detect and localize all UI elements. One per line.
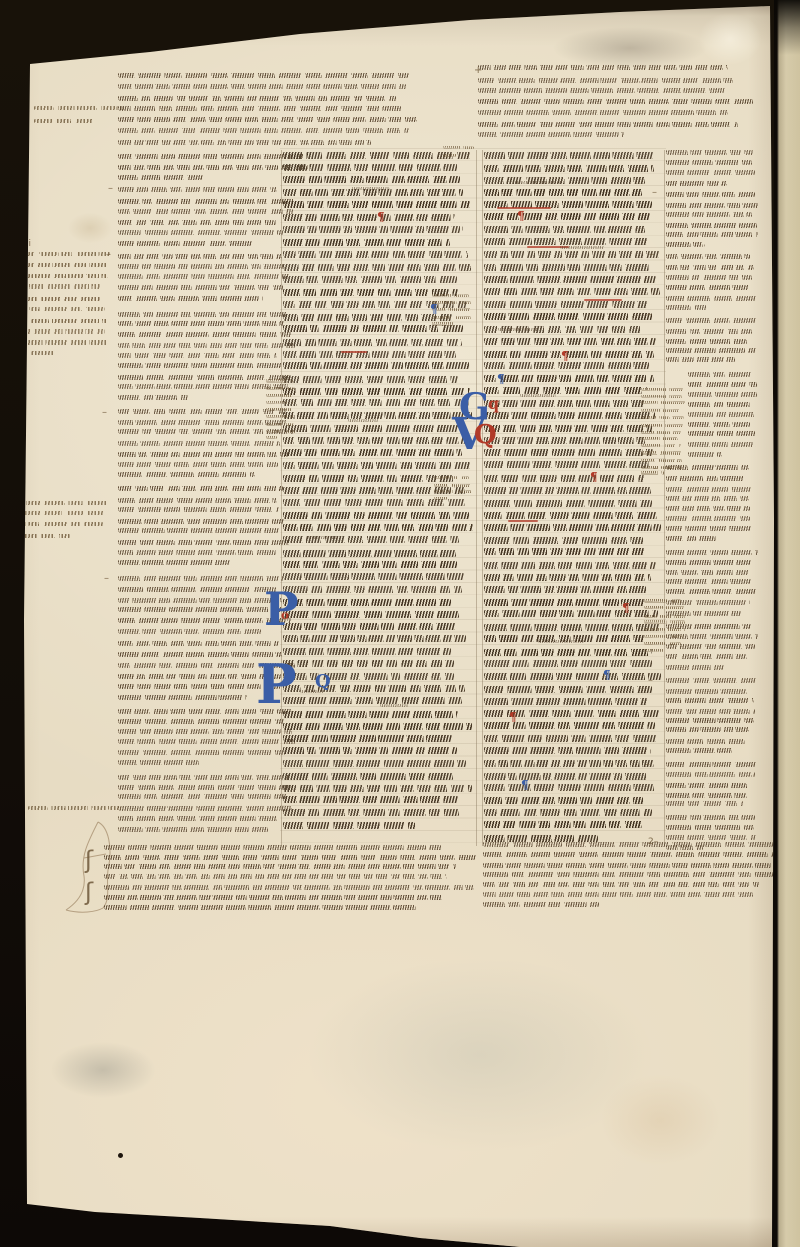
margin-mark: – bbox=[648, 676, 653, 686]
script-line bbox=[688, 412, 756, 417]
script-line bbox=[283, 339, 462, 346]
script-line bbox=[2, 351, 57, 355]
script-line bbox=[118, 507, 279, 512]
script-line bbox=[644, 620, 685, 623]
script-line bbox=[478, 99, 753, 104]
script-line bbox=[688, 372, 751, 377]
script-line bbox=[432, 294, 469, 297]
script-line bbox=[484, 375, 654, 382]
script-line bbox=[666, 748, 732, 753]
margin-mark: – bbox=[652, 188, 657, 198]
far-left-margin-b bbox=[2, 500, 114, 544]
script-line bbox=[104, 874, 447, 879]
script-line bbox=[641, 431, 681, 434]
script-line bbox=[118, 140, 371, 145]
script-line bbox=[688, 452, 722, 457]
script-line bbox=[2, 297, 103, 301]
paragraph-mark: ¶ bbox=[430, 303, 438, 315]
script-line bbox=[266, 430, 296, 433]
script-line bbox=[484, 562, 656, 569]
intercolumn-note-b bbox=[432, 294, 472, 329]
script-line bbox=[283, 796, 459, 803]
margin-mark: ii bbox=[26, 240, 31, 249]
script-line bbox=[118, 209, 293, 214]
script-line bbox=[283, 760, 466, 767]
script-line bbox=[118, 794, 290, 799]
script-line bbox=[483, 852, 778, 857]
script-line bbox=[484, 760, 654, 767]
script-line bbox=[484, 238, 647, 245]
script-line bbox=[104, 905, 416, 910]
far-left-margin-c bbox=[28, 806, 124, 817]
script-line bbox=[266, 423, 294, 426]
script-line bbox=[644, 635, 683, 638]
script-line bbox=[118, 321, 284, 326]
stain-blue-wash bbox=[240, 920, 720, 1190]
script-line bbox=[666, 560, 751, 565]
script-line bbox=[666, 570, 749, 575]
script-line bbox=[641, 424, 683, 427]
script-line bbox=[118, 576, 284, 581]
script-line bbox=[283, 586, 462, 593]
script-line bbox=[118, 760, 199, 765]
script-line bbox=[478, 65, 728, 70]
script-line bbox=[666, 815, 755, 820]
script-line bbox=[666, 689, 749, 694]
script-line bbox=[283, 251, 468, 258]
script-line bbox=[688, 392, 757, 397]
script-line bbox=[484, 412, 655, 419]
script-line bbox=[2, 307, 105, 311]
script-line bbox=[484, 313, 652, 320]
script-line bbox=[283, 723, 472, 730]
script-line bbox=[666, 550, 758, 555]
script-line bbox=[666, 232, 758, 237]
script-line bbox=[283, 376, 458, 383]
script-line bbox=[484, 747, 651, 754]
script-line bbox=[484, 288, 660, 295]
script-line bbox=[484, 189, 642, 196]
script-line bbox=[283, 399, 472, 406]
script-line bbox=[104, 885, 474, 890]
script-line bbox=[432, 301, 471, 304]
script-line bbox=[283, 449, 462, 456]
script-line bbox=[104, 845, 441, 850]
decorated-initial-o: o bbox=[281, 610, 289, 620]
ink-speck bbox=[118, 1153, 123, 1158]
script-line bbox=[118, 420, 291, 425]
script-line bbox=[283, 475, 453, 482]
script-line bbox=[666, 665, 724, 670]
script-line bbox=[283, 623, 457, 630]
script-line bbox=[484, 500, 652, 507]
script-line bbox=[118, 739, 295, 744]
script-line bbox=[666, 718, 754, 723]
script-line bbox=[484, 400, 644, 407]
script-line bbox=[666, 487, 751, 492]
interlinear-gloss bbox=[560, 246, 604, 249]
script-line bbox=[666, 348, 756, 353]
script-line bbox=[484, 524, 661, 531]
script-line bbox=[283, 201, 470, 208]
bottom-gloss-left bbox=[104, 845, 480, 915]
script-line bbox=[283, 785, 472, 792]
paragraph-mark: ¶ bbox=[590, 471, 598, 483]
script-line bbox=[118, 607, 282, 612]
right-gloss-p4 bbox=[666, 318, 758, 368]
script-line bbox=[118, 816, 278, 821]
script-line bbox=[283, 437, 465, 444]
margin-mark: ʃ bbox=[85, 848, 93, 872]
script-line bbox=[118, 395, 188, 400]
script-line bbox=[118, 241, 253, 246]
script-line bbox=[283, 648, 451, 655]
script-line bbox=[641, 388, 683, 391]
script-line bbox=[283, 425, 458, 432]
script-line bbox=[484, 610, 658, 617]
script-line bbox=[666, 496, 749, 501]
facing-page-edge bbox=[774, 0, 800, 1247]
script-line bbox=[118, 695, 247, 700]
script-line bbox=[666, 835, 756, 840]
script-line bbox=[266, 436, 277, 439]
left-gloss-p9 bbox=[118, 774, 296, 837]
script-line bbox=[118, 165, 310, 170]
script-line bbox=[666, 801, 743, 806]
script-line bbox=[118, 175, 203, 180]
script-line bbox=[666, 254, 750, 259]
paragraph-mark: ¶ bbox=[561, 350, 569, 362]
script-line bbox=[34, 106, 124, 110]
margin-mark: – bbox=[106, 250, 111, 260]
script-line bbox=[666, 305, 706, 310]
script-line bbox=[484, 301, 647, 308]
manuscript-page: GqVQPoPQ¶¶¶¶¶¶¶¶¶¶+––––ii––––––2–ʃʃ bbox=[0, 0, 800, 1247]
intercolumn-note-f bbox=[644, 600, 686, 656]
script-line bbox=[484, 735, 657, 742]
stain-foxing bbox=[58, 206, 122, 250]
script-line bbox=[118, 312, 287, 317]
script-line bbox=[283, 362, 469, 369]
script-line bbox=[641, 451, 681, 454]
script-line bbox=[118, 785, 295, 790]
script-line bbox=[283, 809, 459, 816]
script-line bbox=[688, 422, 750, 427]
left-gloss-p8 bbox=[118, 708, 296, 771]
main-column-right bbox=[484, 152, 662, 846]
script-line bbox=[34, 119, 93, 123]
script-line bbox=[2, 319, 107, 323]
rubric-underline bbox=[341, 351, 367, 353]
script-line bbox=[484, 821, 643, 828]
script-line bbox=[484, 649, 653, 656]
column-rule-2 bbox=[476, 150, 477, 846]
script-line bbox=[118, 540, 293, 545]
decorated-initial-Q: Q bbox=[315, 674, 331, 689]
script-line bbox=[483, 872, 781, 877]
script-line bbox=[118, 384, 289, 389]
script-line bbox=[2, 501, 111, 505]
script-line bbox=[283, 660, 454, 667]
script-line bbox=[484, 449, 653, 456]
interlinear-gloss bbox=[300, 690, 324, 693]
script-line bbox=[666, 170, 755, 175]
stain-tan bbox=[575, 1055, 745, 1185]
script-line bbox=[283, 226, 463, 233]
decorated-initial-P: P bbox=[256, 662, 297, 708]
script-line bbox=[434, 497, 451, 500]
script-line bbox=[484, 387, 647, 394]
corner-highlight bbox=[688, 4, 772, 74]
script-line bbox=[484, 809, 652, 816]
script-line bbox=[484, 487, 651, 494]
script-line bbox=[666, 318, 756, 323]
paragraph-mark: ¶ bbox=[603, 669, 611, 681]
script-line bbox=[434, 484, 472, 487]
script-line bbox=[283, 524, 473, 531]
margin-mark: – bbox=[649, 250, 654, 260]
paragraph-mark: ¶ bbox=[509, 711, 517, 723]
column-rule-4 bbox=[664, 150, 665, 846]
script-line bbox=[483, 863, 775, 868]
script-line bbox=[283, 388, 470, 395]
interlinear-gloss bbox=[498, 328, 538, 331]
script-line bbox=[666, 203, 758, 208]
left-gloss-p1 bbox=[118, 188, 296, 251]
headnote-gloss-left bbox=[118, 73, 430, 150]
script-line bbox=[283, 214, 455, 221]
script-line bbox=[283, 822, 415, 829]
script-line bbox=[283, 412, 472, 419]
manuscript-photograph: GqVQPoPQ¶¶¶¶¶¶¶¶¶¶+––––ii––––––2–ʃʃ bbox=[0, 0, 800, 1247]
script-line bbox=[118, 343, 295, 348]
script-line bbox=[688, 431, 755, 436]
script-line bbox=[2, 284, 101, 288]
script-line bbox=[283, 276, 457, 283]
stain-smudge bbox=[28, 1030, 178, 1110]
script-line bbox=[118, 641, 279, 646]
script-line bbox=[266, 408, 293, 411]
script-line bbox=[666, 739, 749, 744]
script-line bbox=[118, 106, 401, 111]
script-line bbox=[118, 806, 292, 811]
script-line bbox=[118, 296, 263, 301]
rubric-underline bbox=[508, 520, 538, 522]
script-line bbox=[688, 382, 757, 387]
script-line bbox=[283, 697, 462, 704]
script-line bbox=[484, 624, 661, 631]
script-line bbox=[644, 642, 681, 645]
script-line bbox=[484, 586, 646, 593]
script-line bbox=[484, 461, 650, 468]
script-line bbox=[483, 842, 774, 847]
script-line bbox=[484, 165, 654, 172]
script-line bbox=[118, 441, 280, 446]
script-line bbox=[443, 146, 474, 149]
script-line bbox=[666, 242, 705, 247]
script-line bbox=[2, 252, 110, 256]
script-line bbox=[118, 827, 268, 832]
script-line bbox=[484, 797, 643, 804]
script-line bbox=[283, 735, 453, 742]
script-line bbox=[283, 462, 470, 469]
script-line bbox=[118, 587, 276, 592]
margin-mark: – bbox=[653, 464, 658, 474]
script-line bbox=[484, 226, 645, 233]
script-line bbox=[644, 615, 685, 618]
script-line bbox=[641, 409, 680, 412]
script-line bbox=[434, 490, 472, 493]
script-line bbox=[283, 164, 460, 171]
script-line bbox=[666, 772, 755, 777]
decorated-initial-q: q bbox=[488, 397, 499, 411]
script-line bbox=[283, 599, 451, 606]
script-line bbox=[118, 84, 406, 89]
script-line bbox=[28, 806, 121, 810]
script-line bbox=[666, 181, 727, 186]
right-gloss-p2 bbox=[666, 192, 758, 252]
script-line bbox=[266, 394, 294, 397]
left-gloss-p5 bbox=[118, 487, 296, 571]
script-line bbox=[666, 285, 753, 290]
script-line bbox=[666, 329, 752, 334]
script-line bbox=[478, 110, 728, 115]
script-line bbox=[432, 322, 456, 325]
script-line bbox=[283, 512, 469, 519]
script-line bbox=[666, 526, 753, 531]
script-line bbox=[118, 775, 289, 780]
script-line bbox=[283, 264, 471, 271]
script-line bbox=[2, 263, 110, 267]
script-line bbox=[666, 265, 754, 270]
paragraph-mark: ¶ bbox=[622, 602, 630, 614]
script-line bbox=[118, 519, 284, 524]
script-line bbox=[484, 338, 656, 345]
script-line bbox=[484, 437, 645, 444]
interlinear-gloss bbox=[520, 394, 556, 397]
script-line bbox=[283, 152, 470, 159]
intercolumn-note-d bbox=[266, 380, 296, 443]
right-gloss-p5 bbox=[688, 372, 758, 462]
script-line bbox=[2, 329, 105, 333]
script-line bbox=[478, 122, 738, 127]
script-line bbox=[118, 409, 286, 414]
script-line bbox=[666, 192, 755, 197]
script-line bbox=[283, 239, 450, 246]
right-gloss-p1 bbox=[666, 150, 758, 190]
script-line bbox=[483, 902, 599, 907]
intercolumn-note-c bbox=[434, 476, 472, 504]
script-line bbox=[484, 537, 643, 544]
script-line bbox=[283, 314, 452, 321]
margin-mark: – bbox=[647, 310, 652, 320]
right-gloss-p10 bbox=[666, 762, 758, 812]
headnote-gloss-right bbox=[478, 66, 756, 143]
script-line bbox=[666, 579, 751, 584]
script-line bbox=[283, 773, 453, 780]
margin-mark: + bbox=[474, 66, 482, 76]
script-line bbox=[484, 548, 644, 555]
script-line bbox=[118, 128, 409, 133]
script-line bbox=[118, 117, 417, 122]
script-line bbox=[641, 401, 685, 404]
right-gloss-p9 bbox=[666, 678, 758, 758]
script-line bbox=[666, 698, 754, 703]
script-line bbox=[118, 96, 396, 101]
script-line bbox=[484, 784, 656, 791]
script-line bbox=[666, 727, 749, 732]
script-line bbox=[118, 719, 284, 724]
script-line bbox=[118, 73, 409, 78]
script-line bbox=[666, 536, 716, 541]
script-line bbox=[641, 466, 683, 469]
margin-mark: 2– bbox=[648, 838, 658, 847]
script-line bbox=[641, 395, 682, 398]
script-line bbox=[666, 506, 750, 511]
script-line bbox=[443, 154, 457, 157]
script-line bbox=[283, 573, 464, 580]
script-line bbox=[118, 187, 277, 192]
paragraph-mark: ¶ bbox=[521, 779, 529, 791]
script-line bbox=[484, 213, 650, 220]
script-line bbox=[118, 230, 283, 235]
script-line bbox=[2, 534, 70, 538]
script-line bbox=[2, 274, 108, 278]
script-line bbox=[118, 750, 285, 755]
script-line bbox=[666, 516, 750, 521]
script-line bbox=[666, 709, 755, 714]
script-line bbox=[688, 402, 752, 407]
script-line bbox=[118, 154, 309, 159]
script-line bbox=[484, 264, 651, 271]
script-line bbox=[2, 522, 103, 526]
script-line bbox=[266, 415, 294, 418]
script-line bbox=[118, 629, 261, 634]
margin-mark: ʃ bbox=[85, 880, 93, 904]
script-line bbox=[666, 589, 756, 594]
script-line bbox=[484, 574, 651, 581]
script-line bbox=[266, 379, 293, 382]
rubric-underline bbox=[584, 299, 622, 301]
script-line bbox=[641, 459, 682, 462]
script-line bbox=[484, 425, 652, 432]
far-left-margin-a bbox=[2, 252, 112, 362]
script-line bbox=[484, 362, 649, 369]
intercolumn-note-e bbox=[641, 388, 685, 479]
script-line bbox=[666, 339, 747, 344]
script-line bbox=[118, 472, 255, 477]
script-line bbox=[666, 296, 756, 301]
script-line bbox=[483, 882, 759, 887]
margin-mark: – bbox=[104, 574, 109, 584]
right-gloss-p3 bbox=[666, 255, 758, 315]
script-line bbox=[666, 357, 735, 362]
interlinear-gloss bbox=[515, 181, 561, 184]
margin-mark: – bbox=[108, 184, 113, 194]
interlinear-gloss bbox=[352, 187, 390, 190]
script-line bbox=[666, 762, 756, 767]
script-line bbox=[283, 176, 460, 183]
script-line bbox=[478, 132, 624, 137]
script-line bbox=[641, 437, 680, 440]
interlinear-gloss bbox=[308, 536, 338, 539]
script-line bbox=[484, 152, 654, 159]
decorated-initial-Q: Q bbox=[474, 424, 497, 446]
script-line bbox=[666, 150, 753, 155]
top-left-annotation bbox=[34, 106, 130, 132]
script-line bbox=[666, 223, 757, 228]
script-line bbox=[283, 673, 454, 680]
